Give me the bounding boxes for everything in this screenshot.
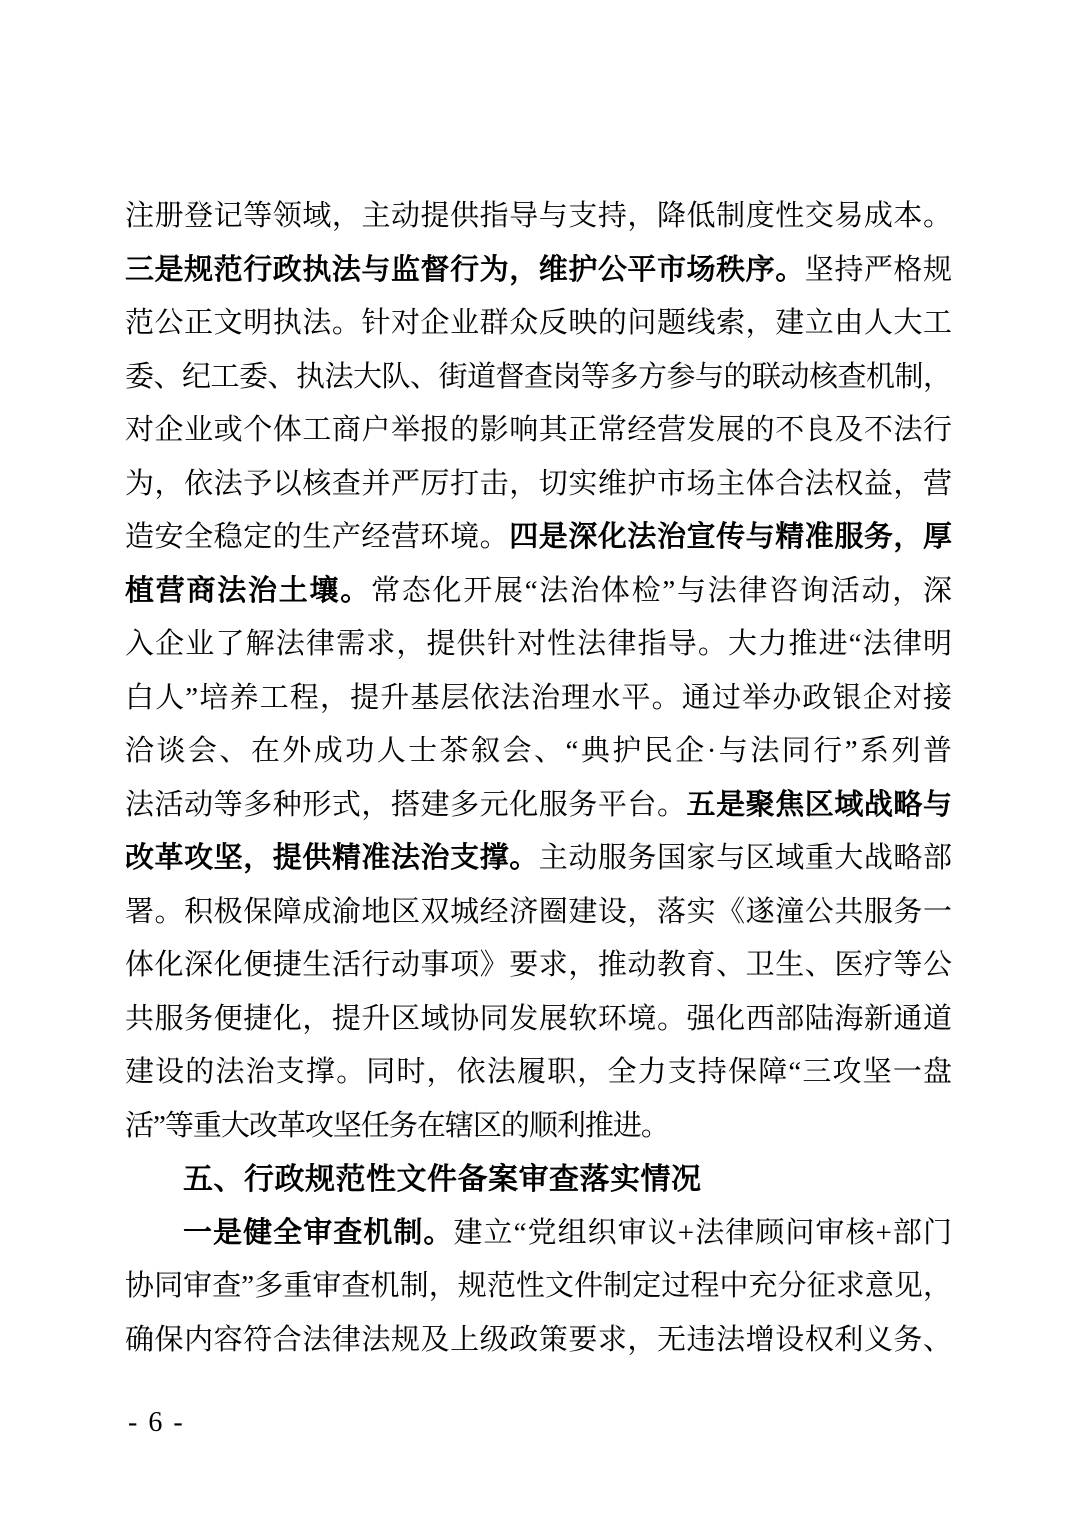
- bold-text-segment: 植营商法治土壤。: [125, 575, 371, 607]
- text-line: 活”等重大改革攻坚任务在辖区的顺利推进。: [125, 1100, 951, 1154]
- text-segment: 建设的法治支撑。同时，依法履职，全力支持保障“三攻坚一盘: [125, 1056, 951, 1088]
- text-segment: 为，依法予以核查并严厉打击，切实维护市场主体合法权益，营: [125, 468, 951, 500]
- document-body: 注册登记等领域，主动提供指导与支持，降低制度性交易成本。三是规范行政执法与监督行…: [125, 190, 951, 1367]
- text-line: 洽谈会、在外成功人士茶叙会、“典护民企·与法同行”系列普: [125, 725, 951, 779]
- text-segment: 主动服务国家与区域重大战略部: [539, 842, 951, 874]
- text-line: 入企业了解法律需求，提供针对性法律指导。大力推进“法律明: [125, 618, 951, 672]
- text-line: 为，依法予以核查并严厉打击，切实维护市场主体合法权益，营: [125, 458, 951, 512]
- text-segment: 入企业了解法律需求，提供针对性法律指导。大力推进“法律明: [125, 628, 951, 660]
- text-line: 对企业或个体工商户举报的影响其正常经营发展的不良及不法行: [125, 404, 951, 458]
- bold-text-segment: 三是规范行政执法与监督行为，维护公平市场秩序。: [125, 254, 805, 286]
- text-segment: 洽谈会、在外成功人士茶叙会、“典护民企·与法同行”系列普: [125, 735, 951, 767]
- text-line: 法活动等多种形式，搭建多元化服务平台。五是聚焦区域战略与: [125, 779, 951, 833]
- text-line: 委、纪工委、执法大队、街道督查岗等多方参与的联动核查机制，: [125, 351, 951, 405]
- bold-text-segment: 五是聚焦区域战略与: [687, 789, 951, 821]
- text-segment: 注册登记等领域，主动提供指导与支持，降低制度性交易成本。: [125, 200, 951, 232]
- text-line: 一是健全审查机制。建立“党组织审议+法律顾问审核+部门: [125, 1207, 951, 1261]
- bold-text-segment: 四是深化法治宣传与精准服务，厚: [509, 521, 951, 553]
- page-number: - 6 -: [128, 1408, 185, 1438]
- text-line: 白人”培养工程，提升基层依法治理水平。通过举办政银企对接: [125, 672, 951, 726]
- text-segment: 委、纪工委、执法大队、街道督查岗等多方参与的联动核查机制，: [125, 361, 951, 393]
- section-heading: 五、行政规范性文件备案审查落实情况: [125, 1153, 951, 1207]
- text-line: 三是规范行政执法与监督行为，维护公平市场秩序。坚持严格规: [125, 244, 951, 298]
- text-segment: 活”等重大改革攻坚任务在辖区的顺利推进。: [125, 1110, 669, 1142]
- text-line: 确保内容符合法律法规及上级政策要求，无违法增设权利义务、: [125, 1314, 951, 1368]
- bold-text-segment: 一是健全审查机制。: [183, 1217, 453, 1249]
- text-segment: 坚持严格规: [805, 254, 951, 286]
- text-segment: 建立“党组织审议+法律顾问审核+部门: [453, 1217, 951, 1249]
- text-segment: 协同审查”多重审查机制，规范性文件制定过程中充分征求意见，: [125, 1270, 951, 1302]
- text-line: 共服务便捷化，提升区域协同发展软环境。强化西部陆海新通道: [125, 993, 951, 1047]
- bold-text-segment: 五、行政规范性文件备案审查落实情况: [183, 1163, 702, 1196]
- text-line: 改革攻坚，提供精准法治支撑。主动服务国家与区域重大战略部: [125, 832, 951, 886]
- text-segment: 确保内容符合法律法规及上级政策要求，无违法增设权利义务、: [125, 1324, 951, 1356]
- text-segment: 造安全稳定的生产经营环境。: [125, 521, 509, 553]
- text-line: 协同审查”多重审查机制，规范性文件制定过程中充分征求意见，: [125, 1260, 951, 1314]
- text-segment: 范公正文明执法。针对企业群众反映的问题线索，建立由人大工: [125, 307, 951, 339]
- text-line: 造安全稳定的生产经营环境。四是深化法治宣传与精准服务，厚: [125, 511, 951, 565]
- text-line: 建设的法治支撑。同时，依法履职，全力支持保障“三攻坚一盘: [125, 1046, 951, 1100]
- text-segment: 署。积极保障成渝地区双城经济圈建设，落实《遂潼公共服务一: [125, 896, 951, 928]
- text-segment: 体化深化便捷生活行动事项》要求，推动教育、卫生、医疗等公: [125, 949, 951, 981]
- bold-text-segment: 改革攻坚，提供精准法治支撑。: [125, 842, 539, 874]
- text-line: 体化深化便捷生活行动事项》要求，推动教育、卫生、医疗等公: [125, 939, 951, 993]
- text-segment: 对企业或个体工商户举报的影响其正常经营发展的不良及不法行: [125, 414, 951, 446]
- text-segment: 法活动等多种形式，搭建多元化服务平台。: [125, 789, 687, 821]
- document-page: 注册登记等领域，主动提供指导与支持，降低制度性交易成本。三是规范行政执法与监督行…: [0, 0, 1074, 1520]
- text-line: 范公正文明执法。针对企业群众反映的问题线索，建立由人大工: [125, 297, 951, 351]
- text-line: 植营商法治土壤。常态化开展“法治体检”与法律咨询活动，深: [125, 565, 951, 619]
- text-line: 署。积极保障成渝地区双城经济圈建设，落实《遂潼公共服务一: [125, 886, 951, 940]
- text-segment: 白人”培养工程，提升基层依法治理水平。通过举办政银企对接: [125, 682, 951, 714]
- text-line: 注册登记等领域，主动提供指导与支持，降低制度性交易成本。: [125, 190, 951, 244]
- text-segment: 常态化开展“法治体检”与法律咨询活动，深: [371, 575, 951, 607]
- text-segment: 共服务便捷化，提升区域协同发展软环境。强化西部陆海新通道: [125, 1003, 951, 1035]
